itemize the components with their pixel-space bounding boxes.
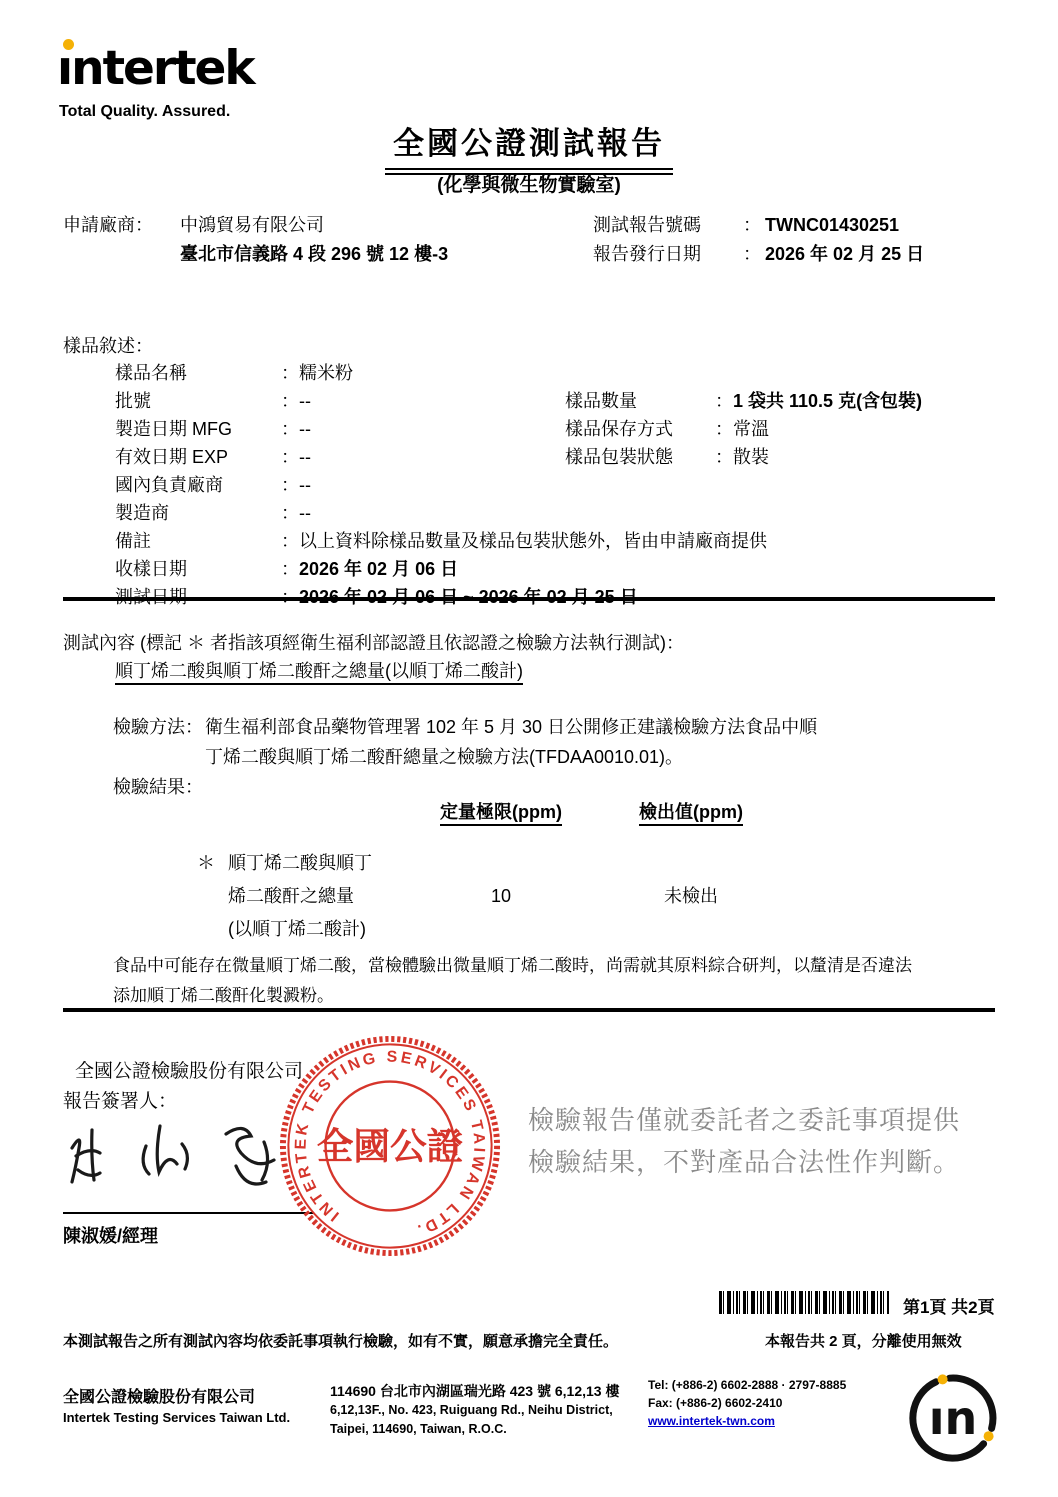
title-block: 全國公證測試報告: [0, 118, 1058, 175]
sample-row-batch: 批號：--: [115, 388, 535, 414]
column-header-detect: 檢出值(ppm): [622, 798, 760, 824]
applicant-name: 中鴻貿易有限公司: [180, 212, 324, 238]
row-value: 2026 年 02 月 06 日: [299, 556, 715, 582]
row-label: 國內負責廠商: [115, 472, 281, 498]
sample-row-manufacturer: 製造商：--: [115, 500, 535, 526]
row-value: --: [299, 472, 535, 498]
colon: ：: [281, 556, 299, 582]
row-value: 散裝: [733, 444, 1045, 470]
test-item: 順丁烯二酸與順丁烯二酸酐之總量(以順丁烯二酸計): [115, 658, 523, 684]
column-header-loq-text: 定量極限(ppm): [440, 802, 562, 826]
report-title: 全國公證測試報告: [385, 118, 673, 175]
sample-row-exp: 有效日期 EXP：--: [115, 444, 535, 470]
analyte-name-line3: (以順丁烯二酸計): [228, 916, 366, 942]
sample-row-packaging: 樣品包裝狀態：散裝: [565, 444, 1045, 470]
footer-fax: Fax: (+886-2) 6602-2410: [648, 1396, 782, 1410]
in-logo-text: ın: [929, 1391, 978, 1445]
sample-row-remark: 備註：以上資料除樣品數量及樣品包裝狀態外，皆由申請廠商提供: [115, 528, 1005, 554]
report-number-label: 測試報告號碼: [593, 212, 743, 238]
report-page: ıntertek Total Quality. Assured. 全國公證測試報…: [0, 0, 1058, 1497]
test-content-intro: 測試內容 (標記 ＊ 者指該項經衛生福利部認證且依認證之檢驗方法執行測試)：: [63, 630, 684, 656]
intertek-logo-dot-icon: [63, 39, 74, 50]
divider-top: [63, 597, 995, 601]
row-label: 樣品保存方式: [565, 416, 715, 442]
method-line2: 丁烯二酸與順丁烯二酸酐總量之檢驗方法(TFDAA0010.01)。: [205, 744, 683, 770]
certified-star: ＊: [197, 850, 215, 876]
sample-row-received-date: 收樣日期：2026 年 02 月 06 日: [115, 556, 715, 582]
signature-line: [63, 1212, 313, 1214]
row-label: 樣品包裝狀態: [565, 444, 715, 470]
intertek-wordmark: ıntertek: [57, 45, 254, 92]
copies-note: 本報告共 2 頁，分離使用無效: [765, 1330, 962, 1351]
applicant-label: 申請廠商：: [63, 212, 153, 238]
footer-tel: Tel: (+886-2) 6602-2888 · 2797-8885: [648, 1378, 846, 1392]
colon: ：: [743, 212, 765, 238]
report-number-value: TWNC01430251: [765, 212, 1013, 238]
footer-website-link[interactable]: www.intertek-twn.com: [648, 1414, 775, 1428]
loq-value: 10: [425, 883, 577, 909]
row-label: 製造商: [115, 500, 281, 526]
colon: ：: [281, 528, 299, 554]
barcode: [719, 1291, 889, 1314]
company-stamp: INTERTEK TESTING SERVICES TAIWAN LTD. 全國…: [277, 1033, 503, 1259]
note-line2: 添加順丁烯二酸酐化製澱粉。: [113, 982, 993, 1010]
analyte-name-line2: 烯二酸酐之總量: [228, 883, 354, 909]
column-header-detect-text: 檢出值(ppm): [639, 802, 743, 826]
colon: ：: [281, 444, 299, 470]
footer-company-zh: 全國公證檢驗股份有限公司: [63, 1384, 255, 1407]
liability-statement-line2: 檢驗結果，不對產品合法性作判斷。: [528, 1142, 960, 1184]
row-value: --: [299, 388, 535, 414]
row-value: --: [299, 444, 535, 470]
colon: ：: [281, 388, 299, 414]
row-value: 糯米粉: [299, 360, 635, 386]
row-value: --: [299, 416, 535, 442]
test-item-text: 順丁烯二酸與順丁烯二酸酐之總量(以順丁烯二酸計): [115, 661, 523, 685]
issue-date-label: 報告發行日期: [593, 241, 743, 267]
intertek-in-circle-icon: ın: [903, 1368, 1003, 1468]
footer-address-en2: Taipei, 114690, Taiwan, R.O.C.: [330, 1422, 507, 1436]
page-info: 第1頁 共2頁: [903, 1293, 995, 1318]
row-label: 收樣日期: [115, 556, 281, 582]
stamp-center-text: 全國公證: [317, 1126, 464, 1167]
signing-company: 全國公證檢驗股份有限公司: [75, 1056, 303, 1083]
intertek-logo: ıntertek: [57, 45, 254, 92]
colon: ：: [715, 388, 733, 414]
issue-date-row: 報告發行日期 ： 2026 年 02 月 25 日: [593, 241, 1013, 267]
colon: ：: [743, 241, 765, 267]
row-label: 製造日期 MFG: [115, 416, 281, 442]
method-label: 檢驗方法：: [113, 714, 203, 740]
column-header-loq: 定量極限(ppm): [425, 798, 577, 824]
footer-address-en1: 6,12,13F., No. 423, Ruiguang Rd., Neihu …: [330, 1403, 613, 1417]
row-label: 樣品數量: [565, 388, 715, 414]
row-value: 常溫: [733, 416, 1045, 442]
colon: ：: [281, 472, 299, 498]
detect-value: 未檢出: [622, 883, 760, 909]
sample-row-name: 樣品名稱：糯米粉: [115, 360, 635, 386]
sample-row-quantity: 樣品數量：1 袋共 110.5 克(含包裝): [565, 388, 1045, 414]
colon: ：: [715, 416, 733, 442]
footer-company-en: Intertek Testing Services Taiwan Ltd.: [63, 1410, 290, 1425]
analyte-name-line1: 順丁烯二酸與順丁: [228, 850, 372, 876]
report-number-row: 測試報告號碼 ： TWNC01430251: [593, 212, 1013, 238]
row-label: 批號: [115, 388, 281, 414]
row-label: 備註: [115, 528, 281, 554]
row-value: 以上資料除樣品數量及樣品包裝狀態外，皆由申請廠商提供: [299, 528, 1005, 554]
signer-name: 陳淑媛/經理: [63, 1222, 158, 1248]
sample-heading: 樣品敘述：: [63, 333, 153, 359]
row-value: 1 袋共 110.5 克(含包裝): [733, 388, 1045, 414]
row-label: 樣品名稱: [115, 360, 281, 386]
colon: ：: [281, 500, 299, 526]
sample-row-mfg: 製造日期 MFG：--: [115, 416, 535, 442]
note-line1: 食品中可能存在微量順丁烯二酸，當檢體驗出微量順丁烯二酸時，尚需就其原料綜合研判，…: [113, 952, 993, 980]
footer-address-zh: 114690 台北市內湖區瑞光路 423 號 6,12,13 樓: [330, 1381, 619, 1401]
divider-bottom: [63, 1008, 995, 1012]
sample-row-storage: 樣品保存方式：常溫: [565, 416, 1045, 442]
liability-statement-line1: 檢驗報告僅就委託者之委託事項提供: [528, 1100, 960, 1142]
report-subtitle: (化學與微生物實驗室): [0, 170, 1058, 197]
applicant-address: 臺北市信義路 4 段 296 號 12 樓-3: [180, 241, 448, 267]
result-label: 檢驗結果：: [113, 774, 203, 800]
sample-row-domestic-agent: 國內負責廠商：--: [115, 472, 535, 498]
disclaimer-text: 本測試報告之所有測試內容均依委託事項執行檢驗，如有不實，願意承擔完全責任。: [63, 1330, 618, 1351]
row-label: 有效日期 EXP: [115, 444, 281, 470]
colon: ：: [715, 444, 733, 470]
colon: ：: [281, 416, 299, 442]
row-value: --: [299, 500, 535, 526]
method-line1: 衛生福利部食品藥物管理署 102 年 5 月 30 日公開修正建議檢驗方法食品中…: [205, 714, 817, 740]
colon: ：: [281, 360, 299, 386]
issue-date-value: 2026 年 02 月 25 日: [765, 241, 1013, 267]
signer-label: 報告簽署人：: [63, 1086, 177, 1113]
